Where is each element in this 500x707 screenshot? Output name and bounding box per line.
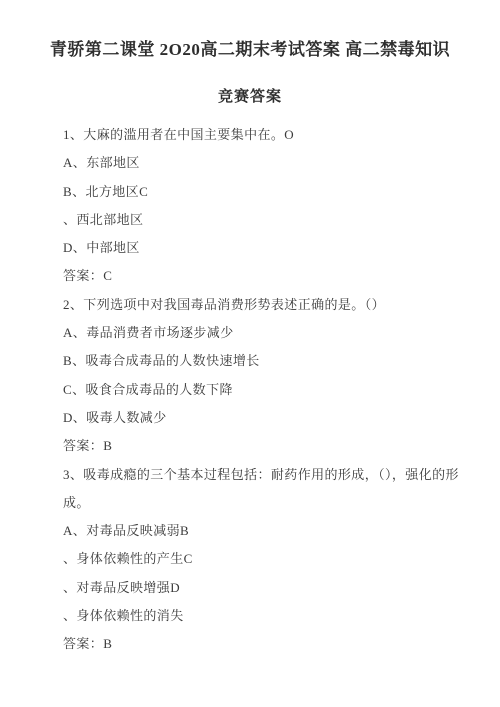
question-1-option-b: B、北方地区C [63,178,452,206]
question-1-option-a: A、东部地区 [63,149,452,177]
page-title: 青骄第二课堂 2O20高二期末考试答案 高二禁毒知识 [0,0,500,63]
question-3-text-line-1: 3、吸毒成瘾的三个基本过程包括：耐药作用的形成，（），强化的形 [63,461,452,489]
question-3-answer: 答案：B [63,630,452,658]
question-1-text: 1、大麻的滥用者在中国主要集中在。O [63,121,452,149]
question-1-option-c: 、西北部地区 [63,206,452,234]
section-subtitle: 竞赛答案 [0,86,500,108]
question-3-option-b: 、身体依赖性的产生C [63,545,452,573]
question-2-answer: 答案：B [63,432,452,460]
question-3-text-line-2: 成。 [63,489,452,517]
question-1-answer: 答案：C [63,262,452,290]
question-2-option-b: B、吸毒合成毒品的人数快速增长 [63,347,452,375]
question-2-text: 2、下列选项中对我国毒品消费形势表述正确的是。（） [63,291,452,319]
question-2-option-c: C、吸食合成毒品的人数下降 [63,376,452,404]
question-2-option-d: D、吸毒人数减少 [63,404,452,432]
question-3-option-d: 、身体依赖性的消失 [63,602,452,630]
document-body: 1、大麻的滥用者在中国主要集中在。O A、东部地区 B、北方地区C 、西北部地区… [0,121,500,659]
question-2-option-a: A、毒品消费者市场逐步减少 [63,319,452,347]
question-3-option-a: A、对毒品反映减弱B [63,517,452,545]
question-1-option-d: D、中部地区 [63,234,452,262]
question-3-option-c: 、对毒品反映增强D [63,574,452,602]
document-page: 青骄第二课堂 2O20高二期末考试答案 高二禁毒知识 竞赛答案 1、大麻的滥用者… [0,0,500,707]
